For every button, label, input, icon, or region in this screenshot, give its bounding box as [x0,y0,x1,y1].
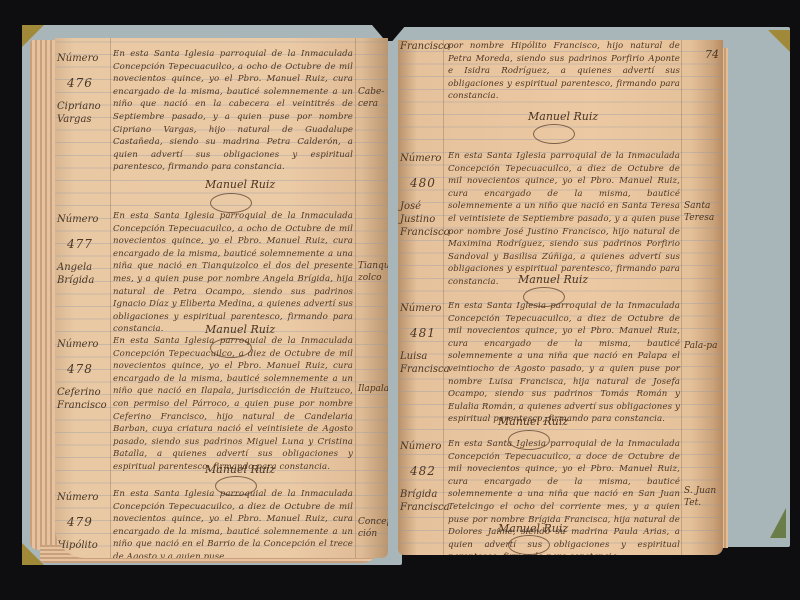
signature: Manuel Ruiz [205,463,275,476]
entry-side-note: Ilapala [358,383,388,395]
entry-margin: Número 481 Luisa Francisca [400,302,444,376]
margin-line-right [355,38,356,558]
entry-margin: Número 480 José Justino Francisco [400,152,444,239]
margin-line [110,38,111,558]
entry-text: por nombre Hipólito Francisco, hijo natu… [448,40,680,103]
entry-text: En esta Santa Iglesia parroquial de la I… [113,488,353,558]
right-page: 74 Francisco por nombre Hipólito Francis… [398,40,723,555]
entry-name: Brígida Francisca [400,488,444,514]
entry-text: En esta Santa Iglesia parroquial de la I… [448,300,680,426]
entry-name: Angela Brígida [57,261,109,287]
entry-name: Francisco [400,40,444,53]
signature: Manuel Ruiz [498,522,568,535]
entry-name: José Justino Francisco [400,200,444,239]
rubric-flourish [533,124,575,144]
rubric-flourish [508,535,550,555]
entry-name: Hipólito [57,539,109,552]
entry-side-note: Concep-ción [358,516,388,540]
entry-number: 480 [410,177,444,190]
entry-number: 477 [67,238,109,251]
signature: Manuel Ruiz [518,273,588,286]
entry-margin: Número 479 Hipólito [57,491,109,552]
entry-text: En esta Santa Iglesia parroquial de la I… [448,438,680,555]
entry-margin: Número 482 Brígida Francisca [400,440,444,514]
signature: Manuel Ruiz [205,178,275,191]
entry-name: Ceferino Francisco [57,386,109,412]
entry-text: En esta Santa Iglesia parroquial de la I… [113,335,353,474]
entry-text: En esta Santa Iglesia parroquial de la I… [448,150,680,289]
entry-label: Número [57,214,98,225]
entry-name: Luisa Francisca [400,350,444,376]
entry-margin: Número 476 Cipriano Vargas [57,52,109,126]
entry-label: Número [57,53,98,64]
entry-side-note: Cabe-cera [358,86,388,110]
entry-margin: Número 478 Ceferino Francisco [57,338,109,412]
entry-text: En esta Santa Iglesia parroquial de la I… [113,210,353,336]
entry-number: 478 [67,363,109,376]
entry-number: 479 [67,516,109,529]
entry-side-note: S. Juan Tet. [684,485,720,509]
entry-number: 476 [67,77,109,90]
signature: Manuel Ruiz [498,415,568,428]
entry-number: 481 [410,327,444,340]
entry-label: Número [57,339,98,350]
entry-label: Número [400,303,441,314]
signature: Manuel Ruiz [528,110,598,123]
entry-label: Número [400,153,441,164]
entry-side-note: Santa Teresa [684,200,720,224]
entry-margin: Francisco [400,40,444,53]
entry-label: Número [57,492,98,503]
margin-line-right [681,40,682,555]
entry-side-note: Tianqui-zolco [358,260,388,284]
entry-label: Número [400,441,441,452]
left-page: Número 476 Cipriano Vargas En esta Santa… [55,38,388,558]
page-number: 74 [705,48,719,61]
entry-side-note: Pala-pa [684,340,720,352]
entry-margin: Número 477 Angela Brígida [57,213,109,287]
entry-text: En esta Santa Iglesia parroquial de la I… [113,48,353,174]
entry-name: Cipriano Vargas [57,100,109,126]
entry-number: 482 [410,465,444,478]
